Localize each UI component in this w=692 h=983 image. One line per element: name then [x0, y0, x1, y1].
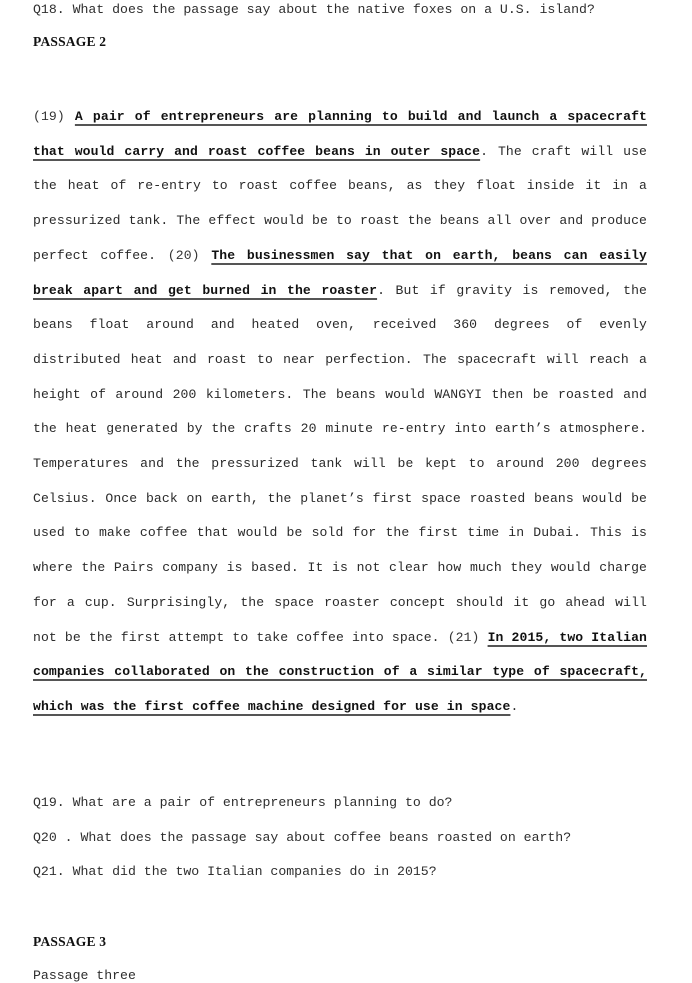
- question-q18: Q18. What does the passage say about the…: [33, 2, 595, 18]
- passage-text: .: [510, 699, 518, 714]
- question-q19: Q19. What are a pair of entrepreneurs pl…: [33, 795, 452, 811]
- passage-text: . But if gravity is removed, the beans f…: [33, 283, 647, 645]
- question-marker: (21): [448, 630, 488, 645]
- question-marker: (19): [33, 109, 75, 124]
- passage-3-intro: Passage three: [33, 968, 136, 983]
- question-q20: Q20 . What does the passage say about co…: [33, 830, 571, 846]
- passage-3-heading: PASSAGE 3: [33, 934, 106, 950]
- passage-text: . The craft will use the heat of re-entr…: [33, 144, 647, 263]
- passage-2-body: (19) A pair of entrepreneurs are plannin…: [33, 100, 647, 725]
- question-marker: (20): [168, 248, 212, 263]
- passage-2-heading: PASSAGE 2: [33, 34, 106, 50]
- question-q21: Q21. What did the two Italian companies …: [33, 864, 437, 880]
